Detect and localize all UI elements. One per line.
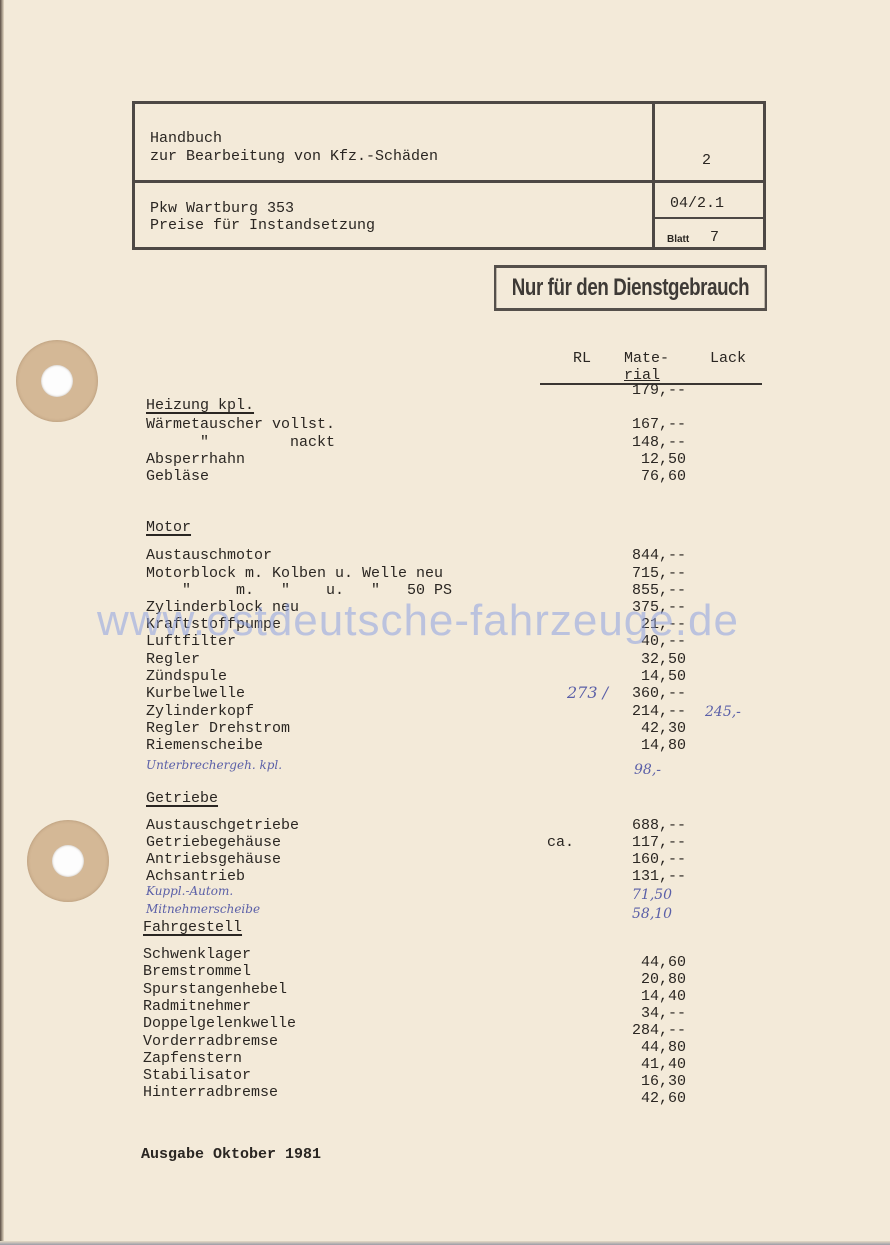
document-code: 04/2.1: [670, 195, 724, 212]
column-header-rl: RL: [573, 350, 591, 367]
vehicle-model: Pkw Wartburg 353: [150, 200, 294, 217]
material-price: 117,--: [632, 834, 686, 851]
section-title: Fahrgestell: [143, 919, 242, 936]
document-subject: Preise für Instandsetzung: [150, 217, 375, 234]
material-price: 179,--: [632, 382, 686, 399]
material-price: 844,--: [632, 547, 686, 564]
section-title: Motor: [146, 519, 191, 536]
part-name: Zündspule: [146, 668, 227, 685]
handwritten-part-name: Kuppl.-Autom.: [146, 884, 233, 898]
material-price: 715,--: [632, 565, 686, 582]
part-name: Zylinderkopf: [146, 703, 254, 720]
punch-hole-reinforcement: [27, 820, 109, 902]
header-divider: [655, 217, 763, 219]
part-name: Antriebsgehäuse: [146, 851, 281, 868]
part-name: Vorderradbremse: [143, 1033, 278, 1050]
handwritten-lack-note: 245,-: [705, 704, 741, 720]
material-price: 44,60: [641, 954, 686, 971]
section-title: Getriebe: [146, 790, 218, 807]
part-name: Wärmetauscher vollst.: [146, 416, 335, 433]
rl-approx-note: ca.: [547, 834, 574, 851]
material-price: 131,--: [632, 868, 686, 885]
handwritten-material-price: 58,10: [632, 906, 672, 922]
material-price: 76,60: [641, 468, 686, 485]
section-number: 2: [702, 152, 711, 169]
material-price: 41,40: [641, 1056, 686, 1073]
page-edge: [0, 1241, 890, 1245]
material-price: 42,60: [641, 1090, 686, 1107]
material-price: 167,--: [632, 416, 686, 433]
material-price: 284,--: [632, 1022, 686, 1039]
header-divider: [135, 104, 763, 183]
page-edge: [0, 0, 4, 1245]
handbook-subtitle: zur Bearbeitung von Kfz.-Schäden: [150, 148, 438, 165]
material-price: 360,--: [632, 685, 686, 702]
sheet-label: Blatt: [667, 231, 689, 248]
part-name: Zapfenstern: [143, 1050, 242, 1067]
part-name: Riemenscheibe: [146, 737, 263, 754]
column-header-lack: Lack: [710, 350, 746, 367]
part-name: Austauschgetriebe: [146, 817, 299, 834]
part-name: Hinterradbremse: [143, 1084, 278, 1101]
part-name: Regler Drehstrom: [146, 720, 290, 737]
handwritten-part-name: Unterbrechergeh. kpl.: [146, 758, 282, 772]
material-price: 20,80: [641, 971, 686, 988]
handwritten-rl-note: 273 /: [567, 683, 608, 702]
restricted-use-stamp: Nur für den Dienstgebrauch: [494, 265, 767, 311]
part-name: Gebläse: [146, 468, 209, 485]
part-name: Schwenklager: [143, 946, 251, 963]
part-name: Radmitnehmer: [143, 998, 251, 1015]
part-name: Getriebegehäuse: [146, 834, 281, 851]
part-name: Absperrhahn: [146, 451, 245, 468]
part-name: Spurstangenhebel: [143, 981, 287, 998]
part-name: Austauschmotor: [146, 547, 272, 564]
sheet-number: 7: [710, 229, 719, 246]
stamp-text: Nur für den Dienstgebrauch: [512, 274, 749, 302]
material-price: 214,--: [632, 703, 686, 720]
document-header-box: Handbuch zur Bearbeitung von Kfz.-Schäde…: [132, 101, 766, 250]
edition-footer: Ausgabe Oktober 1981: [141, 1146, 321, 1163]
part-name: Doppelgelenkwelle: [143, 1015, 296, 1032]
material-price: 42,30: [641, 720, 686, 737]
part-name: Stabilisator: [143, 1067, 251, 1084]
part-name: Regler: [146, 651, 200, 668]
header-divider: [652, 104, 655, 247]
handwritten-part-name: Mitnehmerscheibe: [146, 902, 260, 916]
material-price: 160,--: [632, 851, 686, 868]
section-title: Heizung kpl.: [146, 397, 254, 414]
material-price: 32,50: [641, 651, 686, 668]
material-price: 148,--: [632, 434, 686, 451]
part-name: Kurbelwelle: [146, 685, 245, 702]
watermark: www.ostdeutsche-fahrzeuge.de: [97, 596, 739, 646]
section-heading-row: Heizung kpl. 179,--: [0, 380, 890, 431]
part-name: " nackt: [146, 434, 335, 451]
part-name: Motorblock m. Kolben u. Welle neu: [146, 565, 443, 582]
material-price: 14,80: [641, 737, 686, 754]
material-price: 16,30: [641, 1073, 686, 1090]
handwritten-material-price: 98,-: [634, 762, 661, 778]
handbook-title: Handbuch: [150, 130, 222, 147]
handwritten-material-price: 71,50: [632, 887, 672, 903]
part-name: Achsantrieb: [146, 868, 245, 885]
column-header-material: Mate-: [624, 350, 669, 367]
part-name: Bremstrommel: [143, 963, 251, 980]
material-price: 688,--: [632, 817, 686, 834]
material-price: 12,50: [641, 451, 686, 468]
material-price: 34,--: [641, 1005, 686, 1022]
material-price: 14,40: [641, 988, 686, 1005]
material-price: 44,80: [641, 1039, 686, 1056]
material-price: 14,50: [641, 668, 686, 685]
